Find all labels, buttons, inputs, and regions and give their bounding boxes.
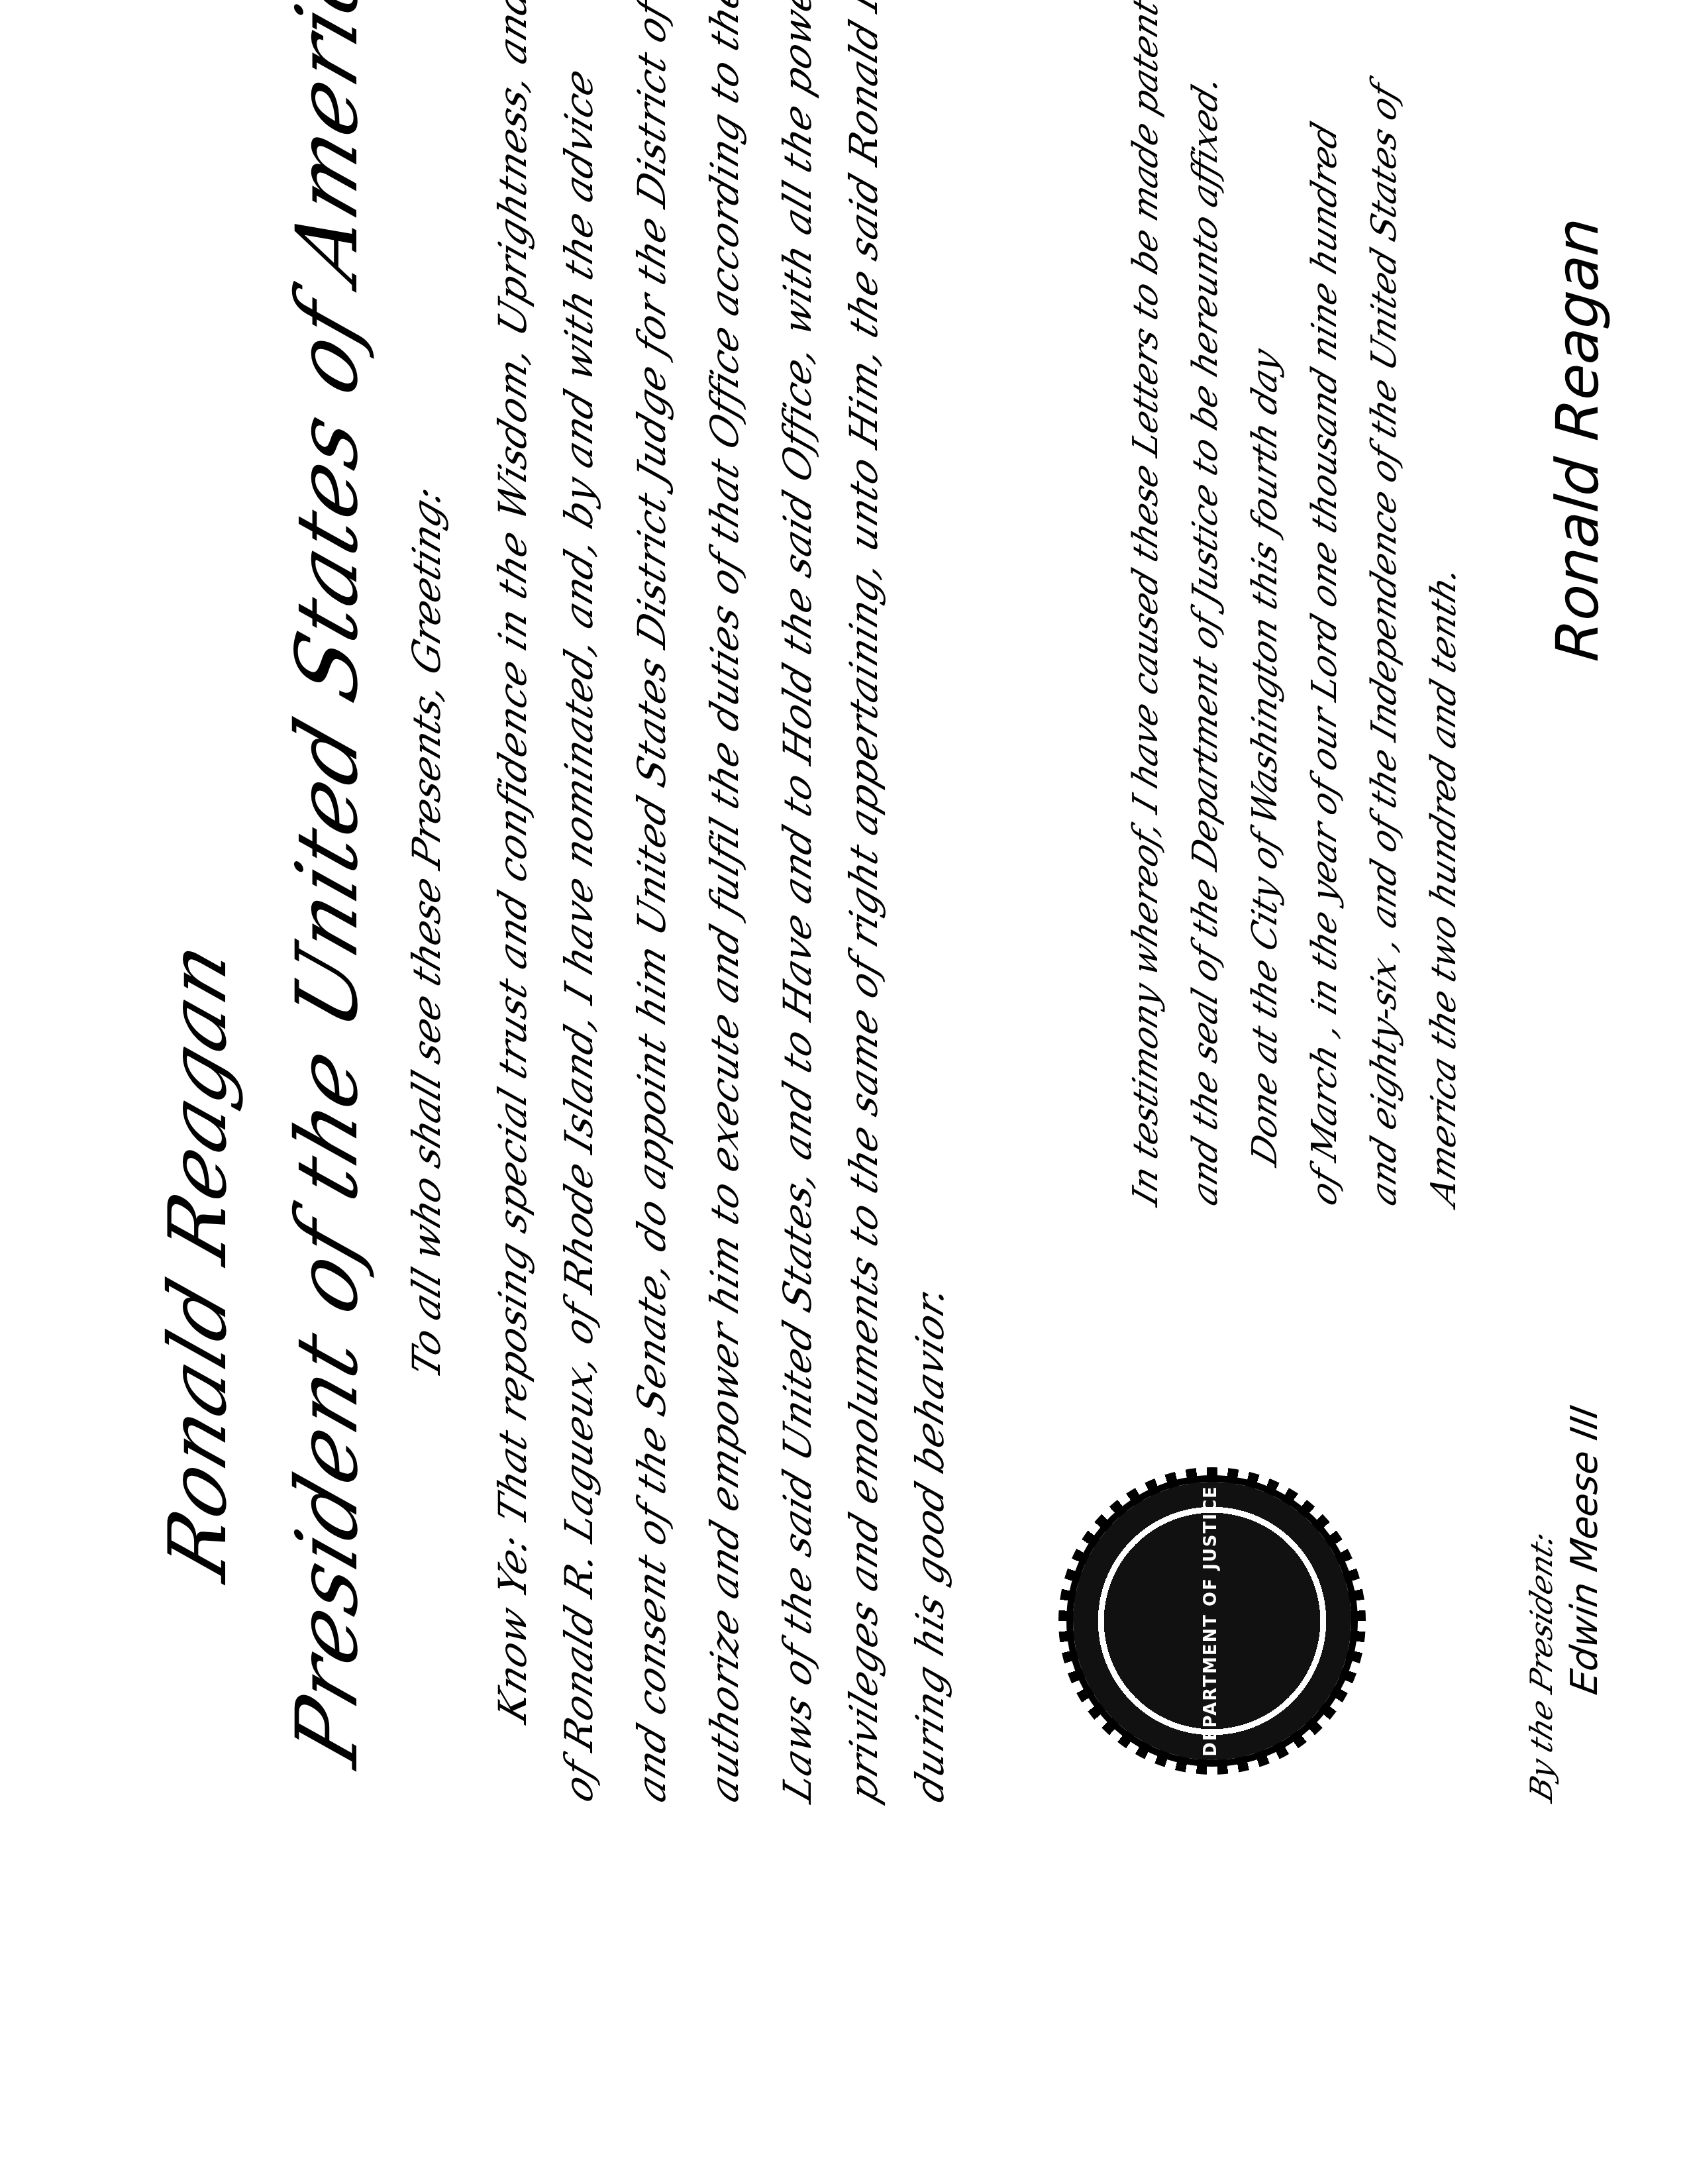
testimony-line: Done at the City of Washington this four… [1245, 343, 1285, 1171]
testimony-line: and eighty-six , and of the Independence… [1364, 78, 1404, 1211]
body-line: and consent of the Senate, do appoint hi… [629, 0, 674, 1808]
seal-label: DEPARTMENT OF JUSTICE [1201, 1482, 1221, 1760]
testimony-line: America the two hundred and tenth. [1424, 560, 1464, 1211]
heading-title: President of the United States of Americ… [278, 0, 377, 1778]
heading-name: Ronald Reagan [152, 929, 244, 1591]
by-the-president-label: By the President: [1523, 1526, 1559, 1806]
body-line: privileges and emoluments to the same of… [841, 0, 886, 1808]
department-of-justice-seal: DEPARTMENT OF JUSTICE [1073, 1482, 1351, 1760]
testimony-line: In testimony whereof, I have caused thes… [1126, 0, 1166, 1211]
greeting: To all who shall see these Presents, Gre… [404, 480, 449, 1384]
president-signature: Ronald Reagan [1543, 215, 1612, 664]
attorney-general-signature: Edwin Meese III [1563, 1402, 1606, 1697]
testimony-line: of March , in the year of our Lord one t… [1305, 117, 1345, 1211]
body-line: authorize and empower him to execute and… [702, 0, 747, 1808]
commission-document: Ronald Reagan President of the United St… [0, 0, 1689, 2184]
body-line: during his good behavior. [907, 1278, 952, 1808]
body-line: Know Ye: That reposing special trust and… [490, 0, 535, 1728]
body-line: Laws of the said United States, and to H… [775, 0, 820, 1808]
testimony-line: and the seal of the Department of Justic… [1186, 70, 1225, 1211]
body-line: of Ronald R. Lagueux, of Rhode Island, I… [556, 62, 601, 1808]
